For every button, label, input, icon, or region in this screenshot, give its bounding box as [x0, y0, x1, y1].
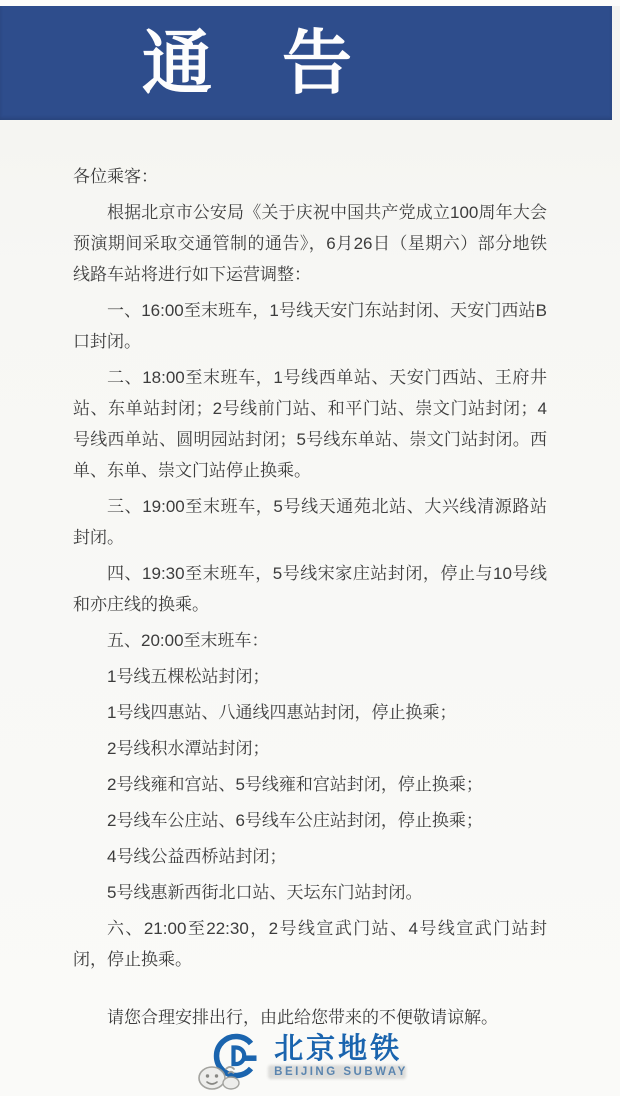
salutation: 各位乘客： — [73, 161, 547, 192]
notice-paragraph: 六、21:00至22:30，2号线宣武门站、4号线宣武门站封闭，停止换乘。 — [73, 913, 547, 975]
closing-note: 请您合理安排出行，由此给您带来的不便敬请谅解。 — [73, 1002, 547, 1033]
logo-text-en: BEIJING SUBWAY — [274, 1065, 408, 1079]
notice-paragraph: 5号线惠新西街北口站、天坛东门站封闭。 — [73, 877, 547, 908]
beijing-subway-roundel-icon — [212, 1031, 262, 1081]
notice-paragraph: 二、18:00至末班车，1号线西单站、天安门西站、王府井站、东单站封闭；2号线前… — [73, 362, 547, 486]
weibo-watermark-icon — [196, 1057, 242, 1091]
page-title: 通 告 — [142, 28, 352, 98]
notice-page: 通 告 各位乘客： 根据北京市公安局《关于庆祝中国共产党成立100周年大会预演期… — [0, 0, 620, 1096]
notice-paragraph: 五、20:00至末班车： — [73, 625, 547, 656]
notice-paragraph: 1号线五棵松站封闭； — [73, 661, 547, 692]
notice-title-banner: 通 告 — [0, 6, 612, 120]
notice-paragraph: 2号线车公庄站、6号线车公庄站封闭，停止换乘； — [73, 805, 547, 836]
beijing-subway-logo: 北京地铁 BEIJING SUBWAY — [212, 1031, 408, 1081]
notice-paragraph: 三、19:00至末班车，5号线天通苑北站、大兴线清源路站封闭。 — [73, 491, 547, 553]
notice-paragraph: 一、16:00至末班车，1号线天安门东站封闭、天安门西站B口封闭。 — [73, 295, 547, 357]
notice-body: 各位乘客： 根据北京市公安局《关于庆祝中国共产党成立100周年大会预演期间采取交… — [73, 161, 547, 1033]
notice-paragraph: 2号线雍和宫站、5号线雍和宫站封闭，停止换乘； — [73, 769, 547, 800]
notice-paragraph: 2号线积水潭站封闭； — [73, 733, 547, 764]
logo-texts: 北京地铁 BEIJING SUBWAY — [274, 1033, 408, 1079]
logo-text-cn: 北京地铁 — [274, 1033, 408, 1065]
notice-paragraph: 4号线公益西桥站封闭； — [73, 841, 547, 872]
logo-en-label: BEIJING SUBWAY — [274, 1066, 408, 1078]
footer: 北京地铁 BEIJING SUBWAY — [0, 1031, 620, 1081]
notice-paragraph: 四、19:30至末班车，5号线宋家庄站封闭，停止与10号线和亦庄线的换乘。 — [73, 558, 547, 620]
notice-paragraph: 根据北京市公安局《关于庆祝中国共产党成立100周年大会预演期间采取交通管制的通告… — [73, 197, 547, 290]
notice-paragraph: 1号线四惠站、八通线四惠站封闭，停止换乘； — [73, 697, 547, 728]
